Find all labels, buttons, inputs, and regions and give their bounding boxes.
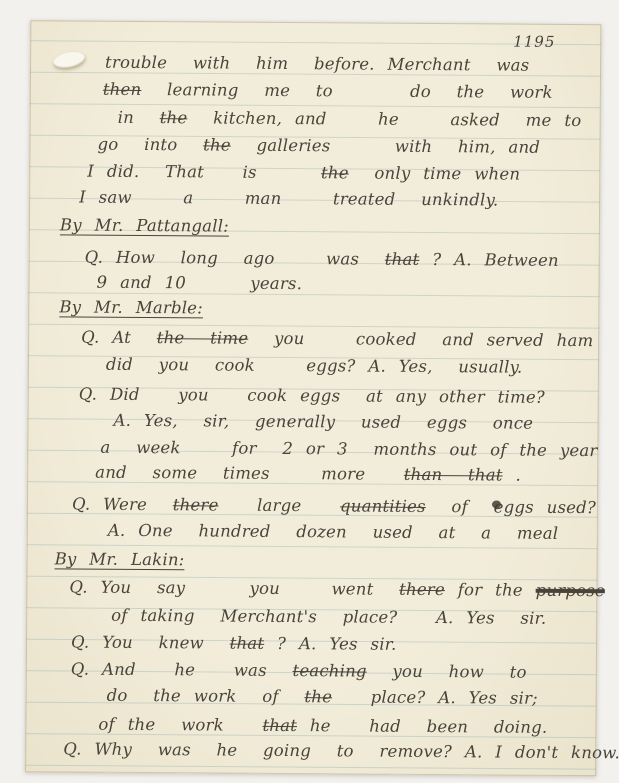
struck-word: quantities	[340, 496, 426, 516]
struck-word: the	[321, 163, 349, 182]
handwriting-text: learning me to do the work	[141, 80, 553, 102]
struck-word: that	[385, 250, 420, 269]
handwritten-line: a week for 2 or 3 months out of the year	[100, 440, 597, 460]
handwriting-text: A. One hundred dozen used at a meal	[108, 521, 559, 543]
handwriting-text: kitchen, and he asked me to	[187, 108, 581, 130]
speaker-heading: By Mr. Pattangall:	[60, 217, 229, 235]
handwritten-line: of the work that he had been doing.	[98, 717, 547, 737]
handwritten-line: in the kitchen, and he asked me to	[118, 110, 582, 130]
handwriting-text: 9 and 10 years.	[96, 273, 302, 293]
handwriting-text: place? A. Yes sir;	[332, 687, 538, 707]
handwriting-text: only time when	[349, 163, 521, 183]
handwriting-text: trouble with him before. Merchant was	[105, 53, 529, 75]
struck-word: the	[160, 108, 188, 127]
speaker-heading: By Mr. Lakin:	[55, 551, 185, 568]
handwriting-text: in	[118, 108, 160, 127]
page-number: 1195	[513, 33, 555, 51]
handwritten-line: I did. That is the only time when	[87, 164, 520, 184]
handwritten-line: did you cook eggs? A. Yes, usually.	[106, 357, 523, 376]
handwriting-text: I saw a man treated unkindly.	[79, 188, 498, 210]
handwriting-text: Q. How long ago was	[85, 248, 385, 269]
handwriting-text: and some times more	[95, 463, 404, 484]
handwritten-line: and some times more than that .	[95, 465, 521, 484]
handwriting-text: By Mr. Marble:	[59, 297, 203, 317]
handwriting-text: a week for 2 or 3 months out of the year	[100, 438, 597, 460]
handwritten-line: Q. Were there large quantities of eggs u…	[72, 497, 596, 517]
speaker-heading: By Mr. Marble:	[59, 299, 203, 317]
handwriting-text: eggs	[494, 497, 534, 516]
handwriting-text: Q. You knew	[71, 633, 230, 653]
handwriting-text: Q. Did you cook eggs at any other time?	[79, 385, 545, 407]
handwriting-text: of the work	[98, 715, 262, 735]
handwriting-text: did you cook eggs? A. Yes, usually.	[106, 355, 523, 377]
struck-word: then	[103, 80, 142, 99]
manuscript-lines: trouble with him before. Merchant wasthe…	[31, 21, 600, 25]
handwriting-text: By Mr. Pattangall:	[60, 215, 229, 235]
struck-word: that	[230, 634, 265, 653]
handwriting-text: .	[503, 466, 521, 485]
handwriting-text: Q. And he was	[71, 660, 293, 681]
handwriting-text: you cooked and served ham	[248, 329, 593, 350]
struck-word: there	[399, 580, 445, 599]
handwriting-text: Q. Why was he going to remove? A. I don'…	[63, 739, 619, 762]
handwriting-text: I did. That is	[87, 162, 321, 183]
handwriting-text: large	[218, 496, 340, 516]
handwriting-text: Q. You say you went	[69, 578, 399, 599]
struck-word: the	[304, 687, 332, 706]
handwritten-line: Q. And he was teaching you how to	[71, 662, 527, 682]
handwritten-line: do the work of the place? A. Yes sir;	[107, 688, 538, 708]
handwriting-text: A. Yes, sir, generally used eggs once	[114, 411, 534, 433]
handwritten-line: Q. You say you went there for the purpos…	[69, 580, 605, 600]
struck-word: the time	[157, 328, 249, 348]
struck-word: than that	[404, 465, 503, 485]
struck-word: that	[262, 716, 297, 735]
handwritten-line: A. One hundred dozen used at a meal	[108, 523, 559, 543]
handwriting-text: Q. At	[81, 328, 157, 348]
scribbled-word: purpose	[536, 581, 605, 600]
handwriting-text: go into	[97, 135, 203, 155]
struck-word: the	[203, 135, 231, 154]
handwriting-text: ? A. Yes sir.	[264, 634, 396, 654]
handwritten-line: I saw a man treated unkindly.	[79, 190, 498, 209]
struck-word: teaching	[292, 661, 366, 681]
handwritten-line: Q. You knew that ? A. Yes sir.	[71, 635, 397, 654]
handwriting-text: do the work of	[107, 686, 305, 706]
handwriting-text: used?	[534, 498, 596, 517]
handwriting-text: galleries with him, and	[231, 136, 540, 157]
handwriting-text: he had been doing.	[297, 716, 547, 737]
handwriting-text: By Mr. Lakin:	[55, 549, 185, 569]
manuscript-paper: 1195 trouble with him before. Merchant w…	[25, 20, 601, 776]
paper-damage-spot	[52, 49, 86, 70]
handwritten-line: Q. Why was he going to remove? A. I don'…	[63, 741, 619, 761]
handwriting-text: of taking Merchant's place? A. Yes sir.	[111, 606, 546, 628]
handwritten-line: 9 and 10 years.	[96, 275, 302, 293]
handwriting-text: for the	[445, 580, 536, 600]
handwriting-text: of	[426, 497, 494, 516]
handwritten-line: Q. How long ago was that ? A. Between	[85, 250, 559, 270]
handwriting-text: Q. Were	[72, 495, 173, 515]
handwriting-text: you how to	[367, 662, 527, 682]
handwritten-line: Q. At the time you cooked and served ham	[81, 330, 593, 350]
handwritten-line: then learning me to do the work	[103, 82, 553, 102]
struck-word: there	[173, 495, 219, 514]
handwriting-text: ? A. Between	[419, 250, 559, 270]
handwritten-line: go into the galleries with him, and	[97, 137, 540, 157]
handwritten-line: Q. Did you cook eggs at any other time?	[79, 387, 545, 407]
handwritten-line: trouble with him before. Merchant was	[105, 55, 529, 74]
handwritten-line: of taking Merchant's place? A. Yes sir.	[111, 608, 546, 628]
handwritten-line: A. Yes, sir, generally used eggs once	[114, 413, 534, 432]
